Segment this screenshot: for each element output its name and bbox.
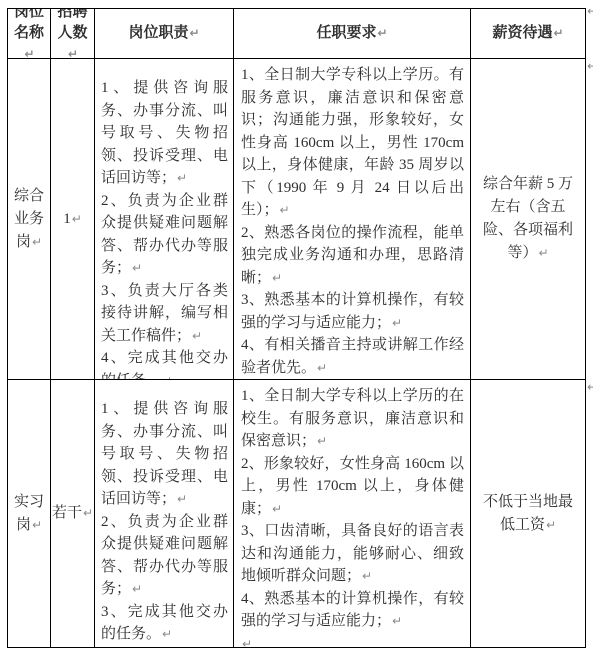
header-text: 岗位名称↵ [9,9,49,59]
paragraph-text: 3、负责大厅各类接待讲解，编写相关工作稿件； [101,283,228,344]
paragraph-mark: ↵ [177,492,187,506]
cell-paragraph: ↵ [241,633,464,648]
paragraph-text: 1、全日制大学专科以上学历的在校生。有服务意识，廉洁意识和保密意识； [241,388,464,449]
cell-salary-row1: 综合年薪 5 万左右（含五险、各项福利等）↵ [471,59,585,380]
cell-headcount-row1: 1↵ [51,59,95,380]
position-text: 实习岗↵ [12,491,46,537]
cell-paragraph: 2、熟悉各岗位的操作流程，能单独完成业务沟通和办理，思路清晰；↵ [241,222,464,290]
cell-duties-row2: 1、提供咨询服务、办事分流、叫号取号、失物招领、投诉受理、电话回访等；↵2、负责… [95,380,234,647]
cell-paragraph: 2、形象较好，女性身高 160cm 以上，男性 170cm 以上，身体健康；↵ [241,453,464,521]
cell-paragraph: 3、口齿清晰，具备良好的语言表达和沟通能力，能够耐心、细致地倾听群众问题；↵ [241,520,464,588]
paragraph-mark: ↵ [272,502,282,516]
header-text: 招聘人数↵ [52,9,93,59]
header-text: 岗位职责↵ [128,23,199,44]
cell-headcount-row2: 若干↵ [51,380,95,647]
header-cell-position-name: 岗位名称↵ [8,9,51,59]
cell-salary-row2: 不低于当地最低工资↵ [471,380,585,647]
headcount-value: 1 [63,211,71,227]
paragraph-mark: ↵ [553,26,563,40]
header-label: 薪资待遇 [492,25,552,41]
salary-text: 综合年薪 5 万左右（含五险、各项福利等）↵ [476,173,580,265]
cell-paragraph: 1、提供咨询服务、办事分流、叫号取号、失物招领、投诉受理、电话回访等；↵ [101,77,228,190]
header-label: 招聘人数 [57,9,87,41]
paragraph-mark: ↵ [280,203,290,217]
header-cell-duties: 岗位职责↵ [95,9,234,59]
row-end-mark: ↵ [587,60,593,72]
cell-paragraph: 1、提供咨询服务、办事分流、叫号取号、失物招领、投诉受理、电话回访等；↵ [101,398,228,511]
paragraph-mark: ↵ [538,246,548,260]
paragraph-mark: ↵ [546,518,556,532]
paragraph-text: 1、提供咨询服务、办事分流、叫号取号、失物招领、投诉受理、电话回访等； [101,401,228,507]
header-label: 岗位职责 [128,25,188,41]
paragraph-mark: ↵ [162,627,172,641]
paragraph-mark: ↵ [83,506,93,520]
paragraph-mark: ↵ [132,582,142,596]
paragraph-mark: ↵ [272,271,282,285]
cell-requirements-row2: 1、全日制大学专科以上学历的在校生。有服务意识，廉洁意识和保密意识；↵2、形象较… [234,380,471,647]
headcount-value: 若干 [52,505,82,521]
salary-text: 不低于当地最低工资↵ [476,491,580,537]
header-text: 薪资待遇↵ [492,23,563,44]
paragraph-mark: ↵ [24,47,34,59]
paragraph-mark: ↵ [317,434,327,448]
paragraph-mark: ↵ [189,26,199,40]
document-page: 岗位名称↵ 招聘人数↵ 岗位职责↵ 任职要求↵ 薪资待遇↵ 综合业务岗↵ 1↵ … [0,0,593,654]
paragraph-text: 2、负责为企业群众提供疑难问题解答、帮办代办等服务； [101,193,228,277]
header-cell-headcount: 招聘人数↵ [51,9,95,59]
paragraph-text: 2、负责为企业群众提供疑难问题解答、帮办代办等服务； [101,514,228,598]
paragraph-text: 3、口齿清晰，具备良好的语言表达和沟通能力，能够耐心、细致地倾听群众问题； [241,523,464,584]
cell-paragraph: 1、全日制大学专科以上学历的在校生。有服务意识，廉洁意识和保密意识；↵ [241,385,464,453]
paragraph-mark: ↵ [32,518,42,532]
salary-value: 不低于当地最低工资 [483,494,573,533]
paragraph-mark: ↵ [392,614,402,628]
headcount-text: 若干↵ [52,502,93,525]
cell-paragraph: 1、全日制大学专科以上学历。有服务意识，廉洁意识和保密意识；沟通能力强，形象较好… [241,64,464,222]
headcount-text: 1↵ [63,208,82,231]
cell-paragraph: 2、负责为企业群众提供疑难问题解答、帮办代办等服务；↵ [101,511,228,601]
paragraph-mark: ↵ [68,47,78,59]
cell-duties-row1: 1、提供咨询服务、办事分流、叫号取号、失物招领、投诉受理、电话回访等；↵2、负责… [95,59,234,380]
cell-paragraph: 4、熟悉基本的计算机操作，有较强的学习与适应能力；↵ [241,588,464,633]
header-label: 任职要求 [316,25,376,41]
paragraph-text: 1、提供咨询服务、办事分流、叫号取号、失物招领、投诉受理、电话回访等； [101,80,228,186]
header-cell-requirements: 任职要求↵ [234,9,471,59]
paragraph-text: 3、熟悉基本的计算机操作，有较强的学习与适应能力； [241,292,464,331]
paragraph-mark: ↵ [317,361,327,375]
cell-paragraph: 3、负责大厅各类接待讲解，编写相关工作稿件；↵ [101,280,228,348]
paragraph-mark: ↵ [32,235,42,249]
row-end-mark: ↵ [587,381,593,393]
paragraph-mark: ↵ [132,261,142,275]
header-label: 岗位名称 [14,9,44,41]
header-cell-salary: 薪资待遇↵ [471,9,585,59]
cell-paragraph: 3、完成其他交办的任务。↵ [101,601,228,646]
cell-paragraph: 2、负责为企业群众提供疑难问题解答、帮办代办等服务；↵ [101,190,228,280]
paragraph-mark: ↵ [192,329,202,343]
cell-requirements-row1: 1、全日制大学专科以上学历。有服务意识，廉洁意识和保密意识；沟通能力强，形象较好… [234,59,471,380]
paragraph-mark: ↵ [392,316,402,330]
paragraph-mark: ↵ [177,171,187,185]
paragraph-mark: ↵ [242,637,252,648]
recruitment-table: 岗位名称↵ 招聘人数↵ 岗位职责↵ 任职要求↵ 薪资待遇↵ 综合业务岗↵ 1↵ … [7,8,586,648]
cell-position-row1: 综合业务岗↵ [8,59,51,380]
cell-paragraph: 4、完成其他交办的任务。↵ [101,347,228,380]
row-end-mark: ↵ [587,5,593,17]
cell-position-row2: 实习岗↵ [8,380,51,647]
paragraph-mark: ↵ [362,569,372,583]
cell-paragraph: 4、有相关播音主持或讲解工作经验者优先。↵ [241,334,464,379]
paragraph-text: 1、全日制大学专科以上学历。有服务意识，廉洁意识和保密意识；沟通能力强，形象较好… [241,67,464,218]
position-text: 综合业务岗↵ [12,185,46,254]
paragraph-text: 4、熟悉基本的计算机操作，有较强的学习与适应能力； [241,591,464,630]
salary-value: 综合年薪 5 万左右（含五险、各项福利等） [483,176,573,261]
cell-paragraph: 3、熟悉基本的计算机操作，有较强的学习与适应能力；↵ [241,289,464,334]
paragraph-mark: ↵ [72,212,82,226]
paragraph-mark: ↵ [377,26,387,40]
paragraph-text: 4、有相关播音主持或讲解工作经验者优先。 [241,337,464,376]
header-text: 任职要求↵ [316,23,387,44]
